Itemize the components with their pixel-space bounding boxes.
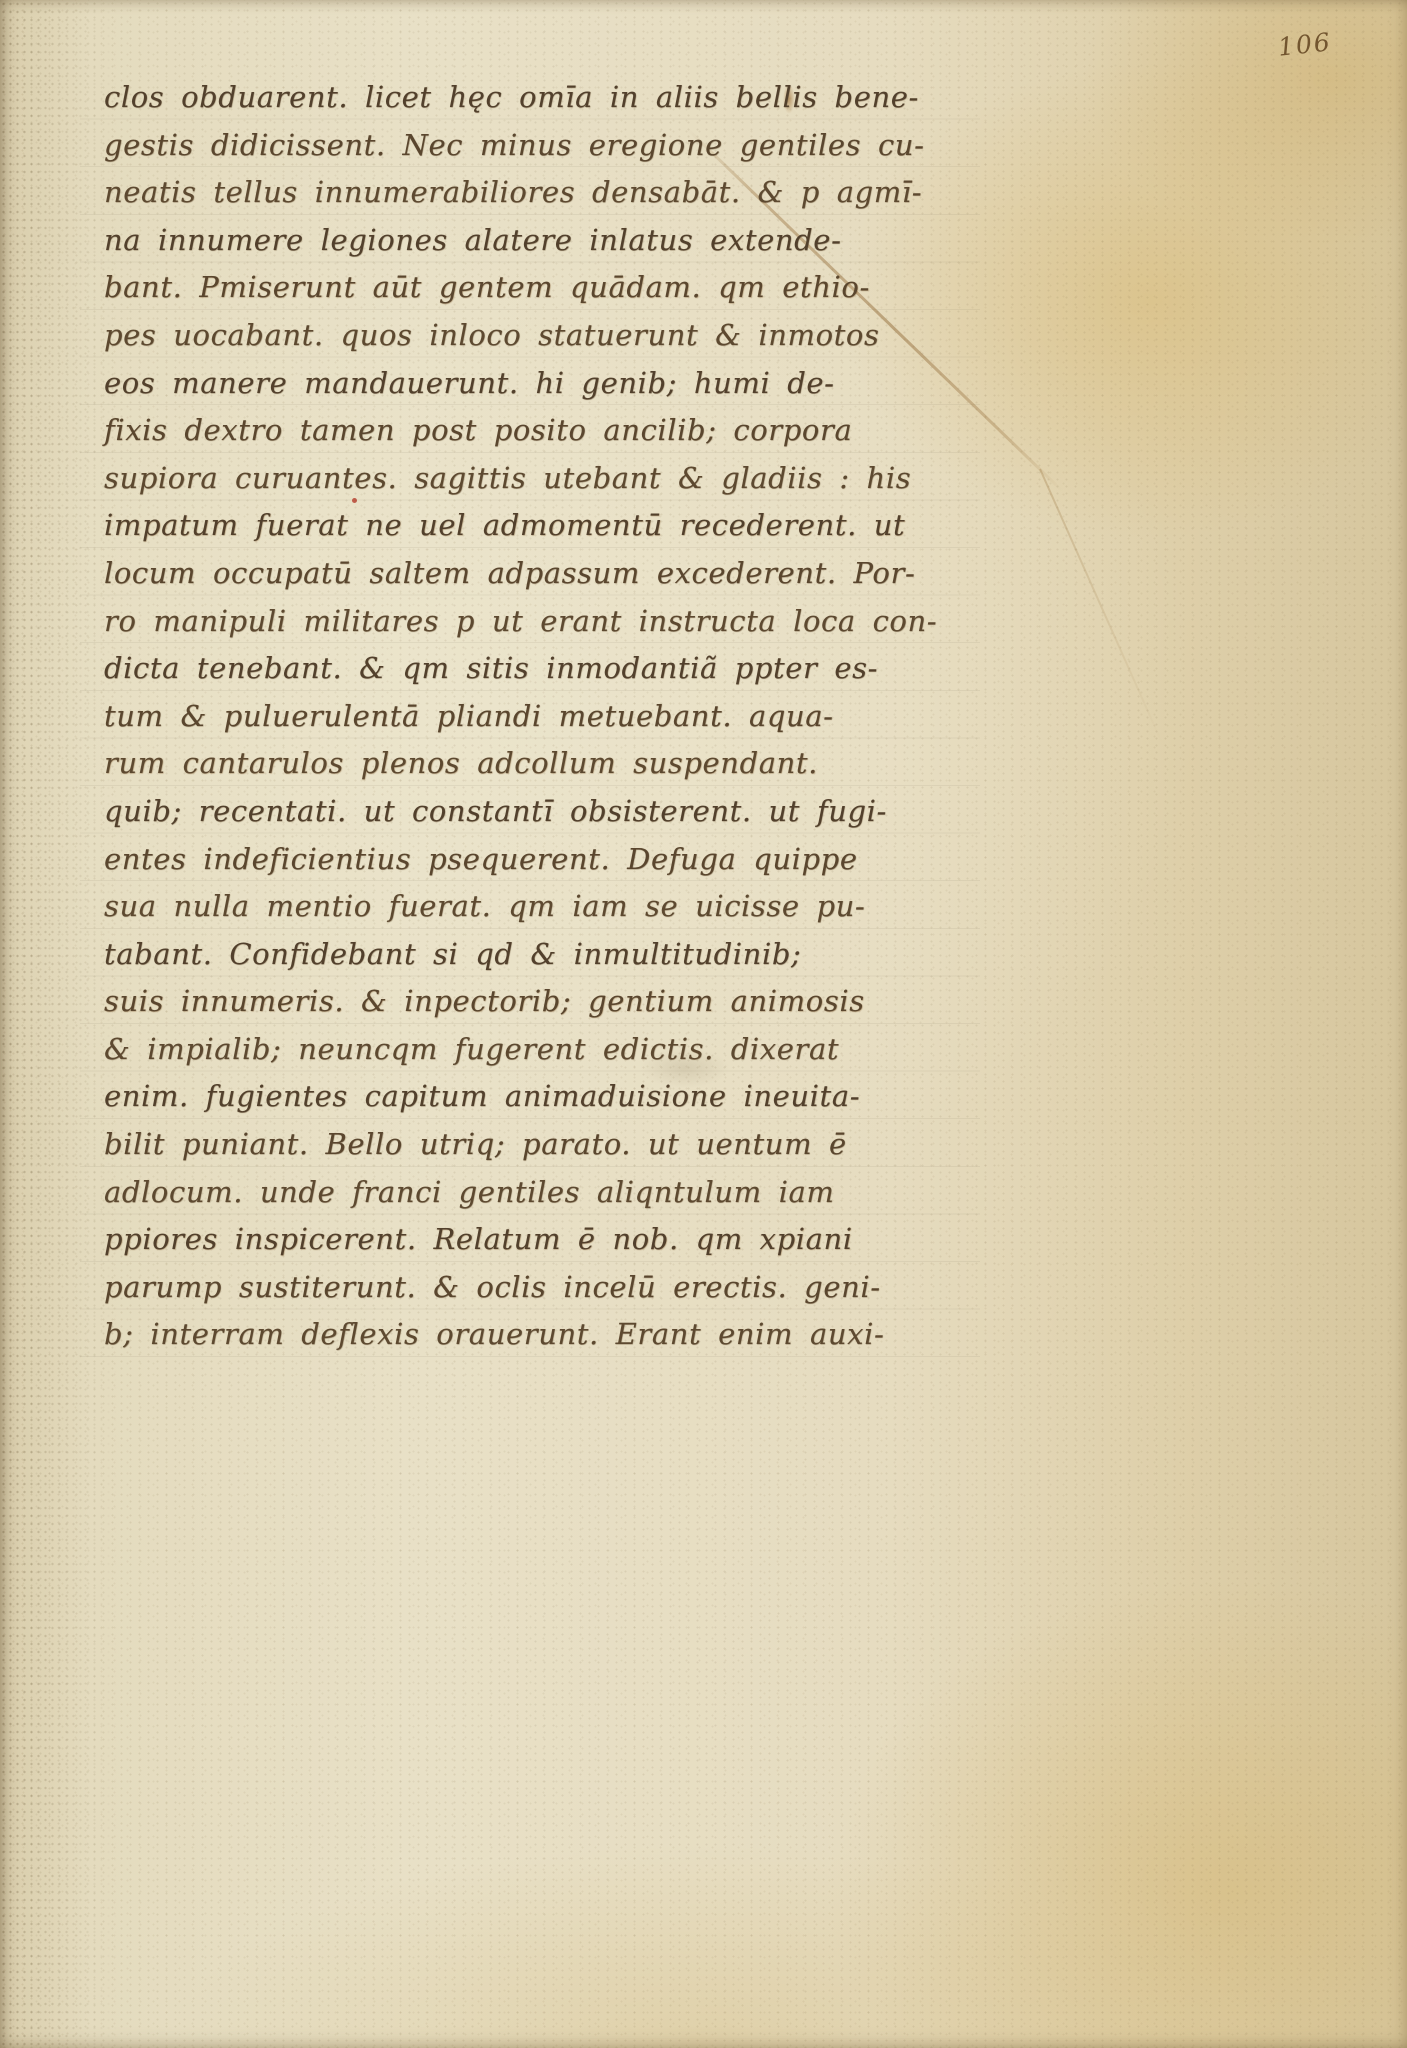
page-edge-vignette (0, 0, 1407, 2048)
manuscript-page: 106 clos obduarent. licet hęc omīa in al… (0, 0, 1407, 2048)
